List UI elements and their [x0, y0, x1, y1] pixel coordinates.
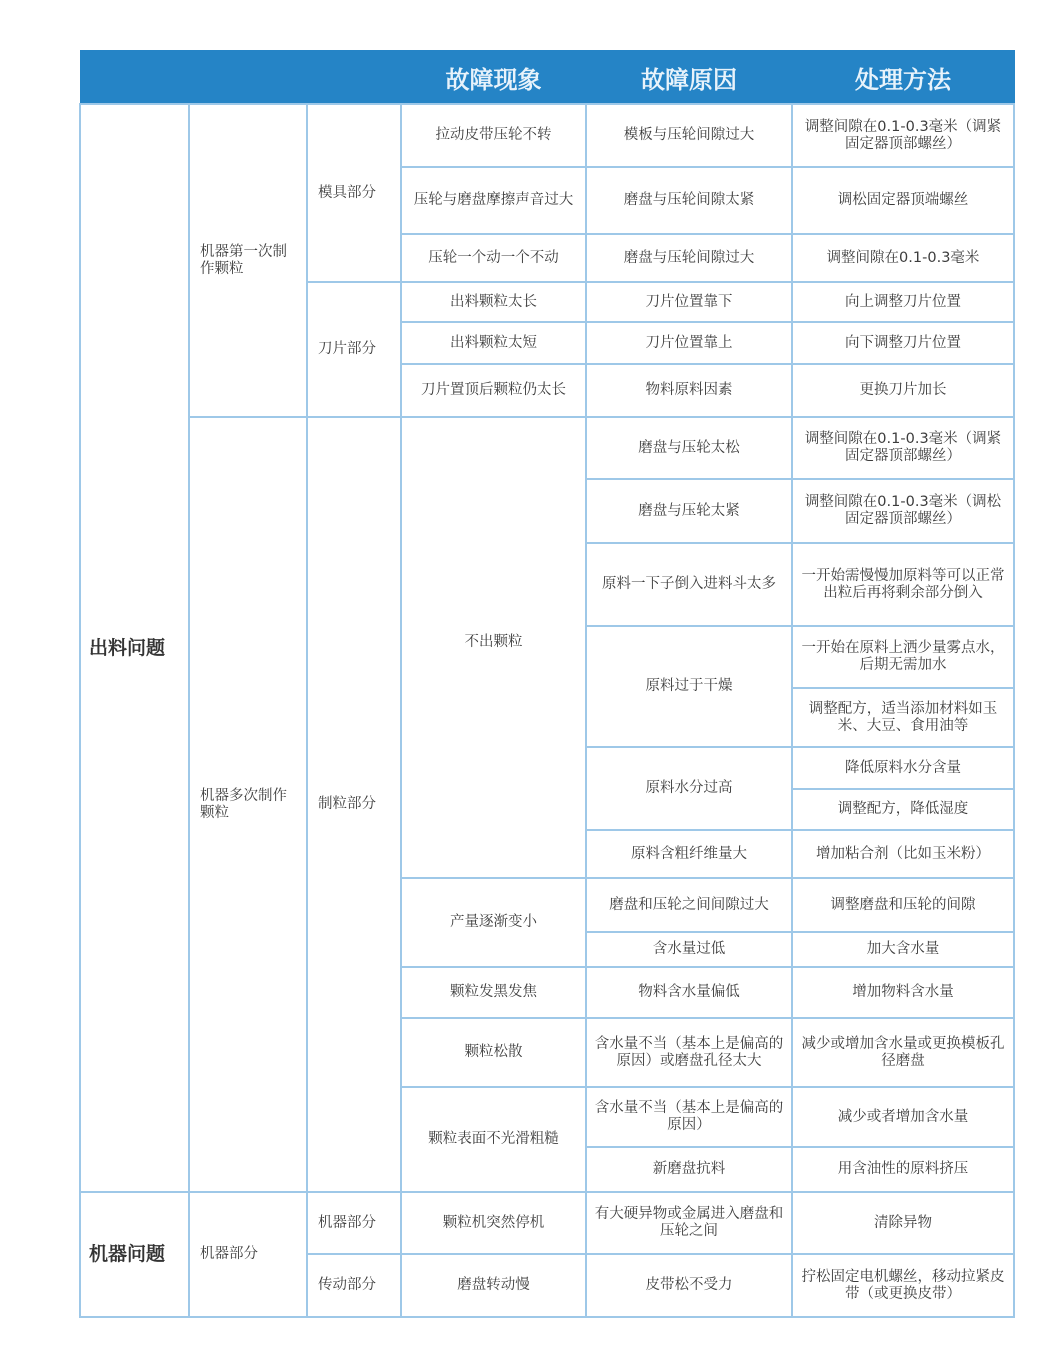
- symptom-cell: 刀片置顶后颗粒仍太长: [401, 364, 586, 417]
- cause-cell: 含水量不当（基本上是偏高的原因）: [586, 1087, 792, 1147]
- cause-cell: 磨盘与压轮太松: [586, 417, 792, 479]
- solution-cell: 调整间隙在0.1-0.3毫米（调松固定器顶部螺丝）: [792, 479, 1014, 543]
- part-pelletizing: 制粒部分: [307, 417, 401, 1192]
- cause-cell: 原料水分过高: [586, 747, 792, 830]
- cause-cell: 原料含粗纤维量大: [586, 830, 792, 878]
- solution-cell: 调整磨盘和压轮的间隙: [792, 878, 1014, 932]
- solution-cell: 增加粘合剂（比如玉米粉）: [792, 830, 1014, 878]
- header-solution: 处理方法: [792, 51, 1014, 105]
- header-row: 故障现象 故障原因 处理方法: [80, 51, 1014, 105]
- solution-cell: 一开始需慢慢加原料等可以正常出粒后再将剩余部分倒入: [792, 543, 1014, 626]
- cause-cell: 皮带松不受力: [586, 1254, 792, 1317]
- solution-cell: 调整配方，降低湿度: [792, 789, 1014, 830]
- part-machine: 机器部分: [307, 1192, 401, 1254]
- cause-cell: 磨盘与压轮间隙太紧: [586, 167, 792, 234]
- cause-cell: 刀片位置靠下: [586, 282, 792, 322]
- subcategory-multi-time: 机器多次制作颗粒: [189, 417, 307, 1192]
- category-output-problem: 出料问题: [80, 104, 189, 1192]
- cause-cell: 有大硬异物或金属进入磨盘和压轮之间: [586, 1192, 792, 1254]
- table-row: 出料问题 机器第一次制作颗粒 模具部分 拉动皮带压轮不转 模板与压轮间隙过大 调…: [80, 104, 1014, 167]
- solution-cell: 一开始在原料上洒少量雾点水，后期无需加水: [792, 626, 1014, 688]
- solution-cell: 清除异物: [792, 1192, 1014, 1254]
- symptom-cell: 颗粒松散: [401, 1018, 586, 1087]
- symptom-cell: 出料颗粒太长: [401, 282, 586, 322]
- symptom-cell: 拉动皮带压轮不转: [401, 104, 586, 167]
- symptom-cell-no-pellets: 不出颗粒: [401, 417, 586, 878]
- solution-cell: 降低原料水分含量: [792, 747, 1014, 789]
- troubleshooting-table-container: 故障现象 故障原因 处理方法 出料问题 机器第一次制作颗粒 模具部分 拉动皮带压…: [79, 50, 1013, 1318]
- header-cause: 故障原因: [586, 51, 792, 105]
- cause-cell: 磨盘与压轮太紧: [586, 479, 792, 543]
- part-transmission: 传动部分: [307, 1254, 401, 1317]
- solution-cell: 拧松固定电机螺丝，移动拉紧皮带（或更换皮带）: [792, 1254, 1014, 1317]
- solution-cell: 减少或增加含水量或更换模板孔径磨盘: [792, 1018, 1014, 1087]
- symptom-cell: 压轮与磨盘摩擦声音过大: [401, 167, 586, 234]
- solution-cell: 向上调整刀片位置: [792, 282, 1014, 322]
- solution-cell: 减少或者增加含水量: [792, 1087, 1014, 1147]
- symptom-cell: 产量逐渐变小: [401, 878, 586, 967]
- symptom-cell: 颗粒发黑发焦: [401, 967, 586, 1018]
- solution-cell: 更换刀片加长: [792, 364, 1014, 417]
- header-subcategory: [189, 51, 307, 105]
- symptom-cell: 磨盘转动慢: [401, 1254, 586, 1317]
- solution-cell: 调整配方，适当添加材料如玉米、大豆、食用油等: [792, 688, 1014, 747]
- cause-cell: 新磨盘抗料: [586, 1147, 792, 1192]
- cause-cell: 磨盘与压轮间隙过大: [586, 234, 792, 282]
- symptom-cell: 压轮一个动一个不动: [401, 234, 586, 282]
- solution-cell: 增加物料含水量: [792, 967, 1014, 1018]
- cause-cell: 原料过于干燥: [586, 626, 792, 747]
- header-part: [307, 51, 401, 105]
- solution-cell: 向下调整刀片位置: [792, 322, 1014, 364]
- solution-cell: 用含油性的原料挤压: [792, 1147, 1014, 1192]
- cause-cell: 含水量不当（基本上是偏高的原因）或磨盘孔径太大: [586, 1018, 792, 1087]
- cause-cell: 刀片位置靠上: [586, 322, 792, 364]
- symptom-cell: 颗粒表面不光滑粗糙: [401, 1087, 586, 1192]
- cause-cell: 模板与压轮间隙过大: [586, 104, 792, 167]
- solution-cell: 调整间隙在0.1-0.3毫米: [792, 234, 1014, 282]
- troubleshooting-table: 故障现象 故障原因 处理方法 出料问题 机器第一次制作颗粒 模具部分 拉动皮带压…: [79, 50, 1015, 1318]
- part-mold: 模具部分: [307, 104, 401, 282]
- solution-cell: 调整间隙在0.1-0.3毫米（调紧固定器顶部螺丝）: [792, 417, 1014, 479]
- cause-cell: 原料一下子倒入进料斗太多: [586, 543, 792, 626]
- part-blade: 刀片部分: [307, 282, 401, 417]
- table-row: 机器问题 机器部分 机器部分 颗粒机突然停机 有大硬异物或金属进入磨盘和压轮之间…: [80, 1192, 1014, 1254]
- subcategory-machine-part: 机器部分: [189, 1192, 307, 1317]
- table-row: 机器多次制作颗粒 制粒部分 不出颗粒 磨盘与压轮太松 调整间隙在0.1-0.3毫…: [80, 417, 1014, 479]
- category-machine-problem: 机器问题: [80, 1192, 189, 1317]
- solution-cell: 调整间隙在0.1-0.3毫米（调紧固定器顶部螺丝）: [792, 104, 1014, 167]
- cause-cell: 含水量过低: [586, 932, 792, 967]
- subcategory-first-time: 机器第一次制作颗粒: [189, 104, 307, 417]
- symptom-cell: 出料颗粒太短: [401, 322, 586, 364]
- cause-cell: 物料含水量偏低: [586, 967, 792, 1018]
- symptom-cell: 颗粒机突然停机: [401, 1192, 586, 1254]
- header-category: [80, 51, 189, 105]
- cause-cell: 物料原料因素: [586, 364, 792, 417]
- solution-cell: 调松固定器顶端螺丝: [792, 167, 1014, 234]
- header-symptom: 故障现象: [401, 51, 586, 105]
- cause-cell: 磨盘和压轮之间间隙过大: [586, 878, 792, 932]
- solution-cell: 加大含水量: [792, 932, 1014, 967]
